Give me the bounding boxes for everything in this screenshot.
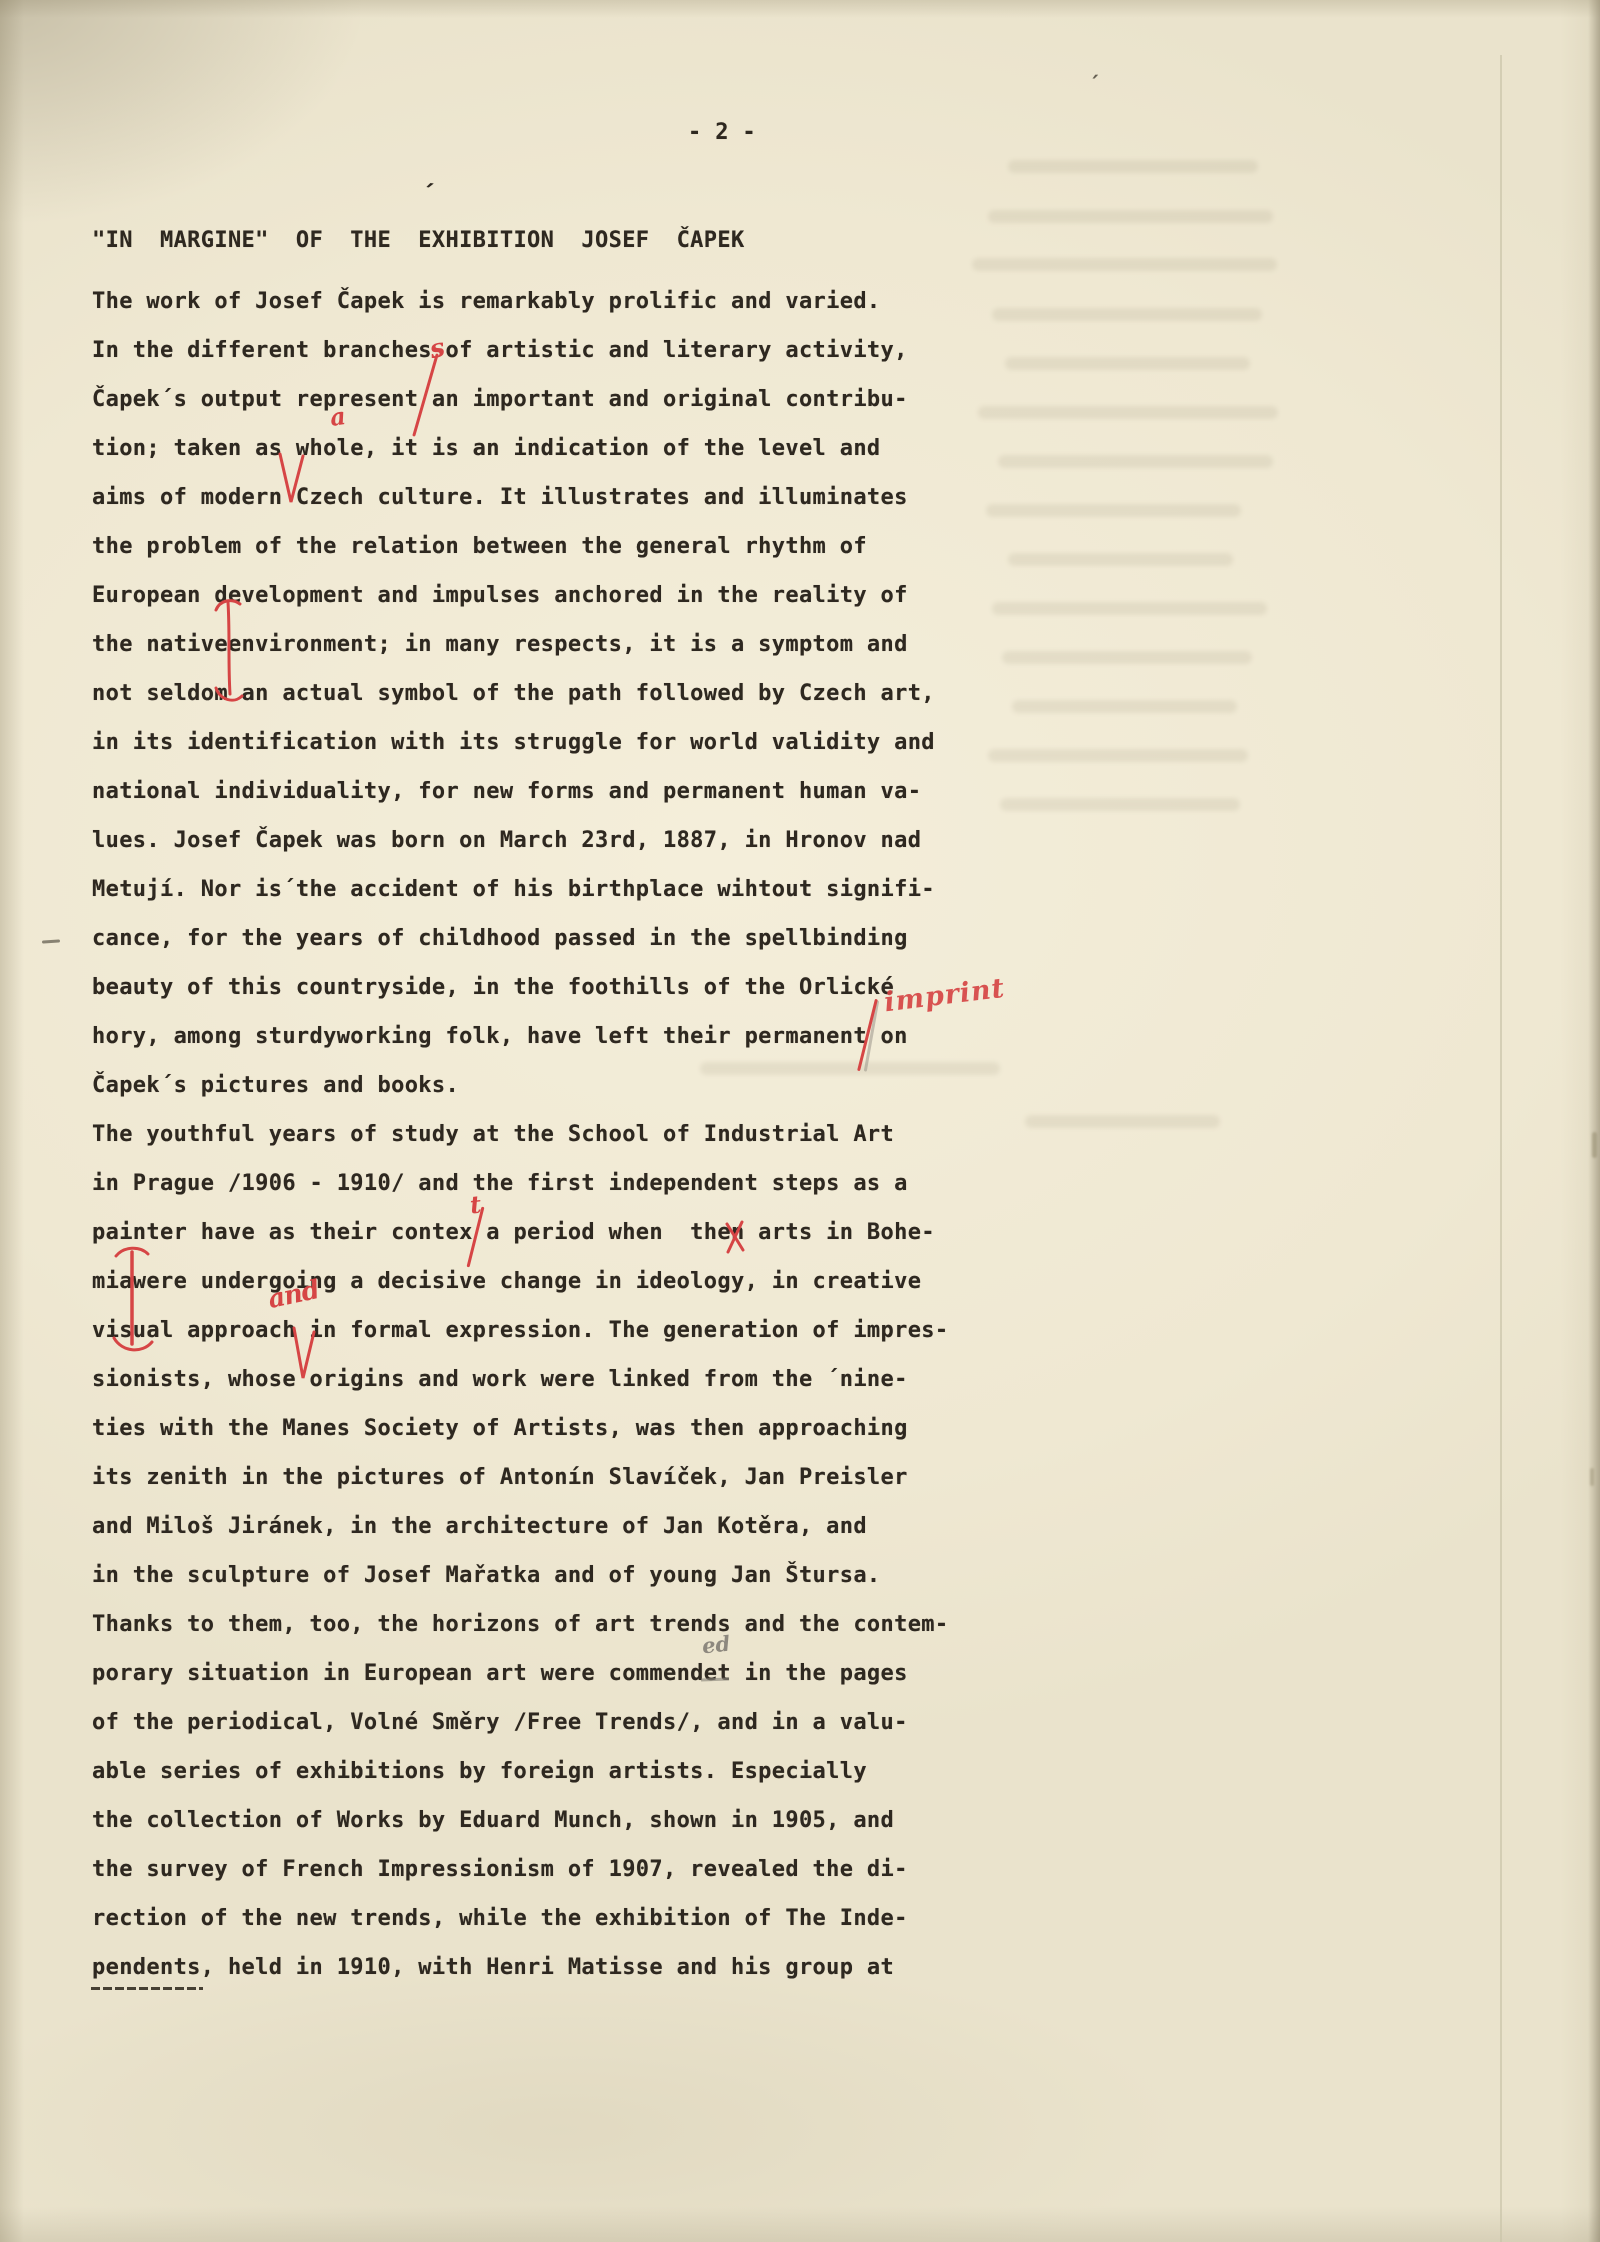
edge-smudge	[1592, 1132, 1597, 1158]
insertion-caret-mark	[276, 452, 306, 508]
deletion-x-mark	[724, 1220, 746, 1254]
bleedthrough-mark	[988, 210, 1273, 223]
bleedthrough-mark	[998, 455, 1273, 468]
typescript-line: cance, for the years of childhood passed…	[92, 914, 949, 963]
document-title: "IN MARGINE" OF THE EXHIBITION JOSEF ČAP…	[92, 228, 745, 253]
page-edge-crease	[1500, 55, 1502, 2242]
typescript-line: hory, among sturdyworking folk, have lef…	[92, 1012, 949, 1061]
bleedthrough-mark	[1025, 1115, 1220, 1128]
edge-smudge	[1590, 1468, 1594, 1486]
typescript-line: porary situation in European art were co…	[92, 1649, 949, 1698]
typescript-line: the collection of Works by Eduard Munch,…	[92, 1796, 949, 1845]
bleedthrough-mark	[986, 504, 1241, 517]
typescript-line: sionists, whose origins and work were li…	[92, 1355, 949, 1404]
typescript-line: In the different branches of artistic an…	[92, 326, 949, 375]
page-number: - 2 -	[688, 120, 756, 145]
typescript-line: rection of the new trends, while the exh…	[92, 1894, 949, 1943]
bleedthrough-mark	[1008, 160, 1258, 173]
insert-space-mark	[106, 1240, 162, 1360]
typescript-line: Čapek´s pictures and books.	[92, 1061, 949, 1110]
bleedthrough-mark	[992, 308, 1262, 321]
typescript-line: miawere undergoing a decisive change in …	[92, 1257, 949, 1306]
typescript-line: visual approach in formal expression. Th…	[92, 1306, 949, 1355]
typescript-line: Metují. Nor is´the accident of his birth…	[92, 865, 949, 914]
typescript-line: national individuality, for new forms an…	[92, 767, 949, 816]
correction-pencil-ed: ed	[701, 1631, 732, 1659]
bleedthrough-mark	[992, 602, 1267, 615]
typescript-line: painter have as their contex a period wh…	[92, 1208, 949, 1257]
typescript-line: lues. Josef Čapek was born on March 23rd…	[92, 816, 949, 865]
bleedthrough-mark	[1002, 651, 1252, 664]
typescript-line: aims of modern Czech culture. It illustr…	[92, 473, 949, 522]
bleedthrough-mark	[1008, 553, 1233, 566]
margin-dash-mark	[42, 939, 60, 943]
typescript-line: in Prague /1906 - 1910/ and the first in…	[92, 1159, 949, 1208]
bleedthrough-mark	[988, 749, 1248, 762]
typescript-line: beauty of this countryside, in the footh…	[92, 963, 949, 1012]
typescript-line: pendents, held in 1910, with Henri Matis…	[92, 1943, 949, 1992]
insertion-caret-mark	[290, 1326, 316, 1382]
typescript-line: in the sculpture of Josef Mařatka and of…	[92, 1551, 949, 1600]
bleedthrough-mark	[1005, 357, 1250, 370]
typescript-line: ties with the Manes Society of Artists, …	[92, 1404, 949, 1453]
typescript-line: tion; taken as whole, it is an indicatio…	[92, 424, 949, 473]
document-body: The work of Josef Čapek is remarkably pr…	[92, 277, 949, 1992]
typescript-line: the problem of the relation between the …	[92, 522, 949, 571]
pendents-underline-mark	[91, 1987, 203, 1990]
stray-tick-icon: ´	[1088, 72, 1100, 96]
typescript-line: and Miloš Jiránek, in the architecture o…	[92, 1502, 949, 1551]
insert-space-mark	[210, 596, 246, 708]
typescript-line: in its identification with its struggle …	[92, 718, 949, 767]
typescript-line: its zenith in the pictures of Antonín Sl…	[92, 1453, 949, 1502]
typescript-line: of the periodical, Volné Směry /Free Tre…	[92, 1698, 949, 1747]
typescript-line: Thanks to them, too, the horizons of art…	[92, 1600, 949, 1649]
stray-tick-icon: ´	[418, 179, 437, 209]
bleedthrough-mark	[1012, 700, 1237, 713]
bleedthrough-mark	[978, 406, 1278, 419]
typescript-line: Čapek´s output represent an important an…	[92, 375, 949, 424]
typescript-line: The youthful years of study at the Schoo…	[92, 1110, 949, 1159]
bleedthrough-mark	[1000, 798, 1240, 811]
typescript-line: able series of exhibitions by foreign ar…	[92, 1747, 949, 1796]
typescript-line: The work of Josef Čapek is remarkably pr…	[92, 277, 949, 326]
typescript-line: the survey of French Impressionism of 19…	[92, 1845, 949, 1894]
bleedthrough-mark	[972, 258, 1277, 271]
typescript-page: - 2 - ´ ´ "IN MARGINE" OF THE EXHIBITION…	[0, 0, 1600, 2242]
